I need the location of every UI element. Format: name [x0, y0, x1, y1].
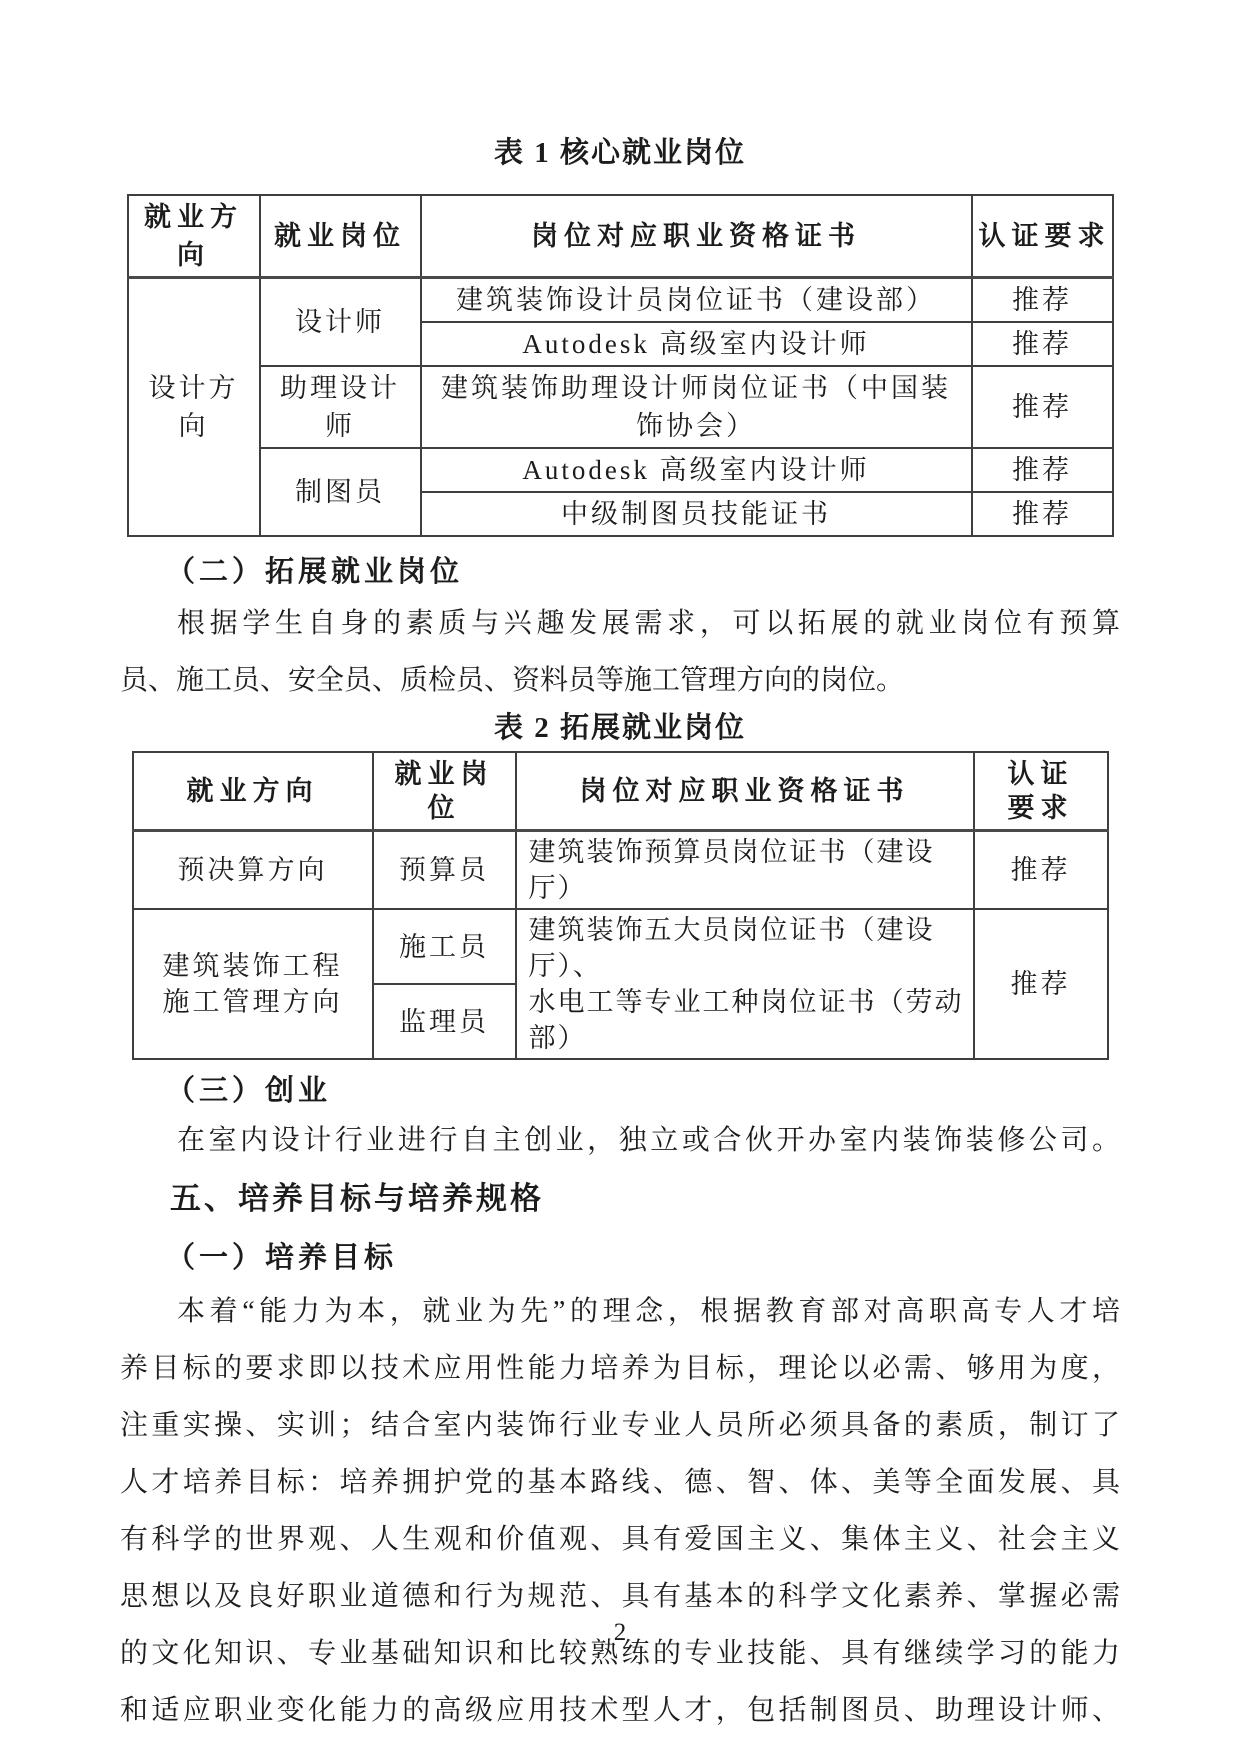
- table2-direction-cell: 预决算方向: [133, 831, 373, 910]
- table1-title: 表 1 核心就业岗位: [120, 136, 1120, 170]
- table2-header-cert: 岗位对应职业资格证书: [516, 752, 974, 831]
- section-3-paragraph: 在室内设计行业进行自主创业，独立或合伙开办室内装饰装修公司。: [120, 1112, 1120, 1169]
- paragraph-line: 在室内设计行业进行自主创业，独立或合伙开办室内装饰装修公司。: [120, 1112, 1120, 1169]
- table1-req-cell: 推荐: [972, 278, 1113, 323]
- paragraph-line: 本着“能力为本，就业为先”的理念，根据教育部对高职高专人才培: [120, 1283, 1120, 1340]
- table-row: 制图员 Autodesk 高级室内设计师 推荐: [128, 448, 1113, 492]
- table2-post-cell: 监理员: [373, 984, 516, 1059]
- table1-header-direction: 就业方向: [128, 195, 260, 278]
- table2-title: 表 2 拓展就业岗位: [120, 711, 1120, 745]
- table1-req-cell: 推荐: [972, 366, 1113, 448]
- document-page: 表 1 核心就业岗位 就业方向 就业岗位 岗位对应职业资格证书 认证要求 设计方…: [0, 0, 1240, 1754]
- paragraph-line: 有科学的世界观、人生观和价值观、具有爱国主义、集体主义、社会主义: [120, 1511, 1120, 1568]
- paragraph-line: 和适应职业变化能力的高级应用技术型人才，包括制图员、助理设计师、: [120, 1682, 1120, 1739]
- table1-header-requirement: 认证要求: [972, 195, 1113, 278]
- table1-cert-cell: 中级制图员技能证书: [421, 492, 972, 536]
- table2-header-row: 就业方向 就业岗位 岗位对应职业资格证书 认证要求: [133, 752, 1108, 831]
- table1-req-cell: 推荐: [972, 448, 1113, 492]
- table1-cert-cell: Autodesk 高级室内设计师: [421, 322, 972, 366]
- table2-req-cell: 推荐: [974, 909, 1108, 1059]
- table2-cert-cell: 建筑装饰预算员岗位证书（建设厅）: [516, 831, 974, 910]
- page-number: 2: [0, 1618, 1240, 1648]
- table-row: 预决算方向 预算员 建筑装饰预算员岗位证书（建设厅） 推荐: [133, 831, 1108, 910]
- table2-header-requirement: 认证要求: [974, 752, 1108, 831]
- table1-cert-cell: 建筑装饰助理设计师岗位证书（中国装饰协会）: [421, 366, 972, 448]
- table1-req-cell: 推荐: [972, 492, 1113, 536]
- table1-header-post: 就业岗位: [260, 195, 421, 278]
- table2-post-cell: 预算员: [373, 831, 516, 910]
- table1-post-draftsman-cell: 制图员: [260, 448, 421, 536]
- paragraph-line: 员、施工员、安全员、质检员、资料员等施工管理方向的岗位。: [120, 652, 1120, 709]
- table1-post-assistant-cell: 助理设计师: [260, 366, 421, 448]
- table1-header-cert: 岗位对应职业资格证书: [421, 195, 972, 278]
- table2-req-cell: 推荐: [974, 831, 1108, 910]
- table2-header-direction: 就业方向: [133, 752, 373, 831]
- table1-post-designer-cell: 设计师: [260, 278, 421, 367]
- table2-direction-cell: 建筑装饰工程 施工管理方向: [133, 909, 373, 1059]
- section-3-heading: （三）创业: [120, 1070, 1120, 1112]
- table-row: 助理设计师 建筑装饰助理设计师岗位证书（中国装饰协会） 推荐: [128, 366, 1113, 448]
- paragraph-line: 根据学生自身的素质与兴趣发展需求，可以拓展的就业岗位有预算: [120, 595, 1120, 652]
- table1-header-row: 就业方向 就业岗位 岗位对应职业资格证书 认证要求: [128, 195, 1113, 278]
- section-2-heading: （二）拓展就业岗位: [120, 551, 1120, 593]
- paragraph-line: 思想以及良好职业道德和行为规范、具有基本的科学文化素养、掌握必需: [120, 1568, 1120, 1625]
- page-content: 表 1 核心就业岗位 就业方向 就业岗位 岗位对应职业资格证书 认证要求 设计方…: [0, 0, 1240, 1739]
- paragraph-line: 养目标的要求即以技术应用性能力培养为目标，理论以必需、够用为度，: [120, 1340, 1120, 1397]
- table2-cert-cell: 建筑装饰五大员岗位证书（建设厅）、 水电工等专业工种岗位证书（劳动 部）: [516, 909, 974, 1059]
- paragraph-line: 人才培养目标：培养拥护党的基本路线、德、智、体、美等全面发展、具: [120, 1454, 1120, 1511]
- table-row: 设计方向 设计师 建筑装饰设计员岗位证书（建设部） 推荐: [128, 278, 1113, 323]
- section-5-1-paragraph: 本着“能力为本，就业为先”的理念，根据教育部对高职高专人才培 养目标的要求即以技…: [120, 1283, 1120, 1739]
- table1-cert-cell: 建筑装饰设计员岗位证书（建设部）: [421, 278, 972, 323]
- table-row: 建筑装饰工程 施工管理方向 施工员 建筑装饰五大员岗位证书（建设厅）、 水电工等…: [133, 909, 1108, 984]
- table2-extended-jobs: 就业方向 就业岗位 岗位对应职业资格证书 认证要求 预决算方向 预算员 建筑装饰…: [132, 751, 1109, 1060]
- table1-req-cell: 推荐: [972, 322, 1113, 366]
- section-5-1-heading: （一）培养目标: [120, 1237, 1120, 1279]
- chapter-5-heading: 五、培养目标与培养规格: [120, 1177, 1120, 1221]
- table1-core-jobs: 就业方向 就业岗位 岗位对应职业资格证书 认证要求 设计方向 设计师 建筑装饰设…: [127, 194, 1114, 537]
- table1-direction-cell: 设计方向: [128, 278, 260, 537]
- table2-header-post: 就业岗位: [373, 752, 516, 831]
- table2-post-cell: 施工员: [373, 909, 516, 984]
- section-2-paragraph: 根据学生自身的素质与兴趣发展需求，可以拓展的就业岗位有预算 员、施工员、安全员、…: [120, 595, 1120, 709]
- paragraph-line: 注重实操、实训；结合室内装饰行业专业人员所必须具备的素质，制订了: [120, 1397, 1120, 1454]
- table1-cert-cell: Autodesk 高级室内设计师: [421, 448, 972, 492]
